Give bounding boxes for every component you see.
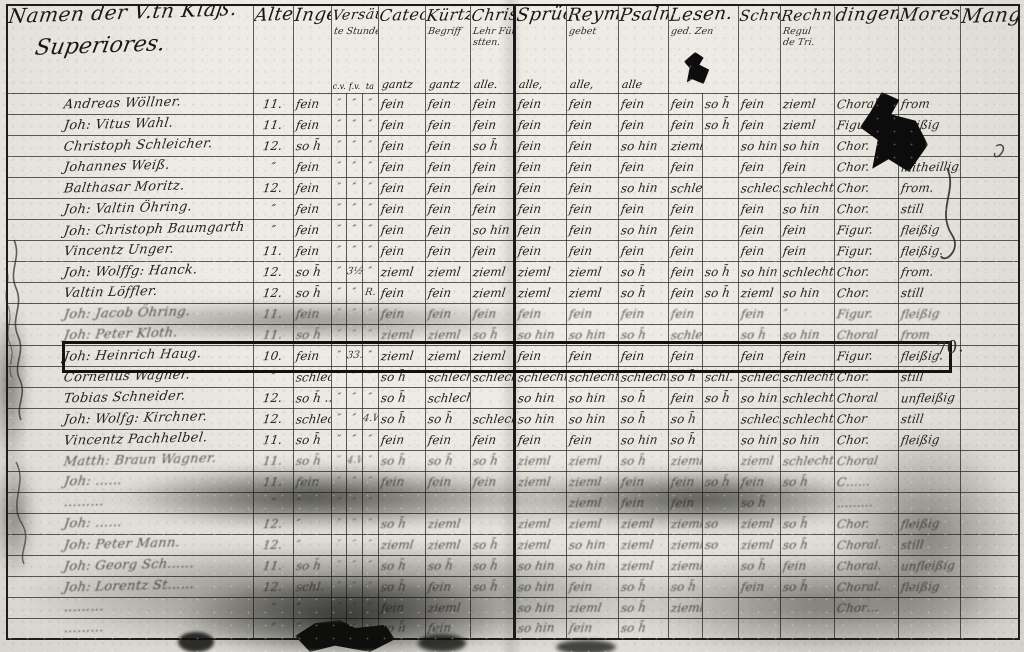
cell-rechn	[780, 618, 834, 639]
cell-mangel	[960, 555, 1019, 576]
cell-reym: so hin	[566, 324, 618, 345]
cell-psalm: zieml	[618, 513, 668, 534]
cell-kuertzer: fein	[425, 114, 470, 135]
cell-rechn: schlecht	[780, 366, 834, 387]
cell-v2: ″	[346, 387, 362, 408]
cell-spruech: fein	[514, 345, 566, 366]
cell-v2: ″	[346, 492, 362, 513]
cell-mangel	[960, 450, 1019, 471]
cell-rechn: ″	[780, 303, 834, 324]
cell-ingen: fein	[293, 471, 331, 492]
cell-mangel	[960, 345, 1019, 366]
cell-psalm: so hin	[618, 135, 668, 156]
cell-lesen-b	[702, 198, 738, 219]
cell-v2: ″	[346, 534, 362, 555]
cell-lesen-b	[702, 324, 738, 345]
cell-schreib: zieml	[738, 450, 780, 471]
cell-mangel	[960, 177, 1019, 198]
cell-schreib: fein	[738, 156, 780, 177]
cell-mores: from.	[898, 177, 960, 198]
cell-mangel	[960, 387, 1019, 408]
cell-kuertzer: fein	[425, 219, 470, 240]
cell-lesen-b: so h̄	[702, 387, 738, 408]
cell-psalm: zieml	[618, 534, 668, 555]
cell-mores: still	[898, 135, 960, 156]
cell-christl: zieml	[470, 345, 514, 366]
table-row: Joh: Heinrich Haug.10.fein″33.″ziemlziem…	[7, 345, 1019, 366]
cell-ingen: fein	[293, 219, 331, 240]
cell-name: Tobias Schneider.	[7, 387, 253, 408]
cell-schreib: fein	[738, 240, 780, 261]
cell-alter: ″	[253, 492, 293, 513]
cell-v1: ″	[331, 177, 346, 198]
cell-psalm: so hin	[618, 429, 668, 450]
cell-psalm: fein	[618, 240, 668, 261]
cell-reym: schlecht	[566, 366, 618, 387]
cell-spruech: fein	[514, 93, 566, 114]
cell-psalm: fein	[618, 303, 668, 324]
cell-singen: Figur.	[834, 114, 898, 135]
cell-v2: ″	[346, 177, 362, 198]
cell-lesen-a: fein	[668, 387, 702, 408]
cell-kuertzer: zieml	[425, 534, 470, 555]
cell-v1: ″	[331, 261, 346, 282]
cell-psalm: so hin	[618, 177, 668, 198]
cell-name: Joh: Georg Sch……	[7, 555, 253, 576]
col-header-christliche-lehre: Christl. Lehr Fün stten. alle.	[470, 5, 514, 93]
cell-schreib: zieml	[738, 282, 780, 303]
cell-kuertzer: fein	[425, 93, 470, 114]
cell-name: Joh: Heinrich Haug.	[7, 345, 253, 366]
cell-catech: fein	[378, 303, 425, 324]
cell-ingen: so h̄	[293, 282, 331, 303]
cell-ingen: ″	[293, 513, 331, 534]
cell-v2: ″	[346, 324, 362, 345]
cell-v1: ″	[331, 198, 346, 219]
cell-lesen-b	[702, 450, 738, 471]
cell-catech: so h̄	[378, 408, 425, 429]
cell-kuertzer: zieml	[425, 597, 470, 618]
cell-mores: still	[898, 282, 960, 303]
cell-singen: Figur.	[834, 345, 898, 366]
cell-spruech: fein	[514, 177, 566, 198]
cell-psalm: so h̄	[618, 576, 668, 597]
cell-mores: fleißig	[898, 114, 960, 135]
cell-catech: zieml	[378, 534, 425, 555]
col-header-sprueche: Sprüch alle,	[514, 5, 566, 93]
cell-catech: fein	[378, 177, 425, 198]
cell-schreib: so h̄	[738, 555, 780, 576]
cell-v1: ″	[331, 219, 346, 240]
cell-mores: fleißig	[898, 513, 960, 534]
cell-psalm: zieml	[618, 555, 668, 576]
cell-v3: ″	[362, 597, 378, 618]
table-row: Valtin Löffler.12.so h̄″″R.feinfeinzieml…	[7, 282, 1019, 303]
cell-rechn: so h̄	[780, 534, 834, 555]
cell-mores	[898, 471, 960, 492]
cell-lesen-a: fein	[668, 114, 702, 135]
cell-lesen-a: fein	[668, 345, 702, 366]
cell-v3: ″	[362, 324, 378, 345]
cell-singen: Chor.	[834, 282, 898, 303]
cell-schreib: fein	[738, 345, 780, 366]
cell-spruech: so hin	[514, 324, 566, 345]
cell-name: ………	[7, 618, 253, 639]
cell-v3: ″	[362, 387, 378, 408]
cell-lesen-a: so h̄	[668, 576, 702, 597]
cell-lesen-b	[702, 555, 738, 576]
cell-singen: Figur.	[834, 219, 898, 240]
cell-spruech: so hin	[514, 387, 566, 408]
cell-christl: fein	[470, 198, 514, 219]
cell-v2: ″	[346, 408, 362, 429]
cell-name: Joh: Vitus Wahl.	[7, 114, 253, 135]
cell-kuertzer: fein	[425, 240, 470, 261]
cell-lesen-a: zieml	[668, 597, 702, 618]
cell-name: Joh: Peter Mann.	[7, 534, 253, 555]
cell-catech: fein	[378, 135, 425, 156]
cell-mores: fleißig	[898, 576, 960, 597]
cell-rechn: schlecht	[780, 387, 834, 408]
cell-v2: ″	[346, 513, 362, 534]
cell-lesen-a: zieml	[668, 135, 702, 156]
cell-v2: ″	[346, 429, 362, 450]
cell-kuertzer: fein	[425, 198, 470, 219]
cell-alter: 12.	[253, 576, 293, 597]
cell-v3: ″	[362, 471, 378, 492]
cell-mangel	[960, 492, 1019, 513]
cell-schreib: so hin	[738, 429, 780, 450]
cell-ingen: ″	[293, 534, 331, 555]
cell-catech: fein	[378, 156, 425, 177]
cell-ingen: schlecht	[293, 408, 331, 429]
cell-v1: ″	[331, 576, 346, 597]
cell-name: Joh: ……	[7, 513, 253, 534]
cell-v2: ″	[346, 93, 362, 114]
cell-name: Matth: Braun Wagner.	[7, 450, 253, 471]
cell-lesen-a: so h̄	[668, 408, 702, 429]
cell-psalm: so h̄	[618, 618, 668, 639]
cell-name: ………	[7, 597, 253, 618]
cell-kuertzer: schlecht	[425, 387, 470, 408]
cell-v2: ″	[346, 555, 362, 576]
cell-lesen-b	[702, 303, 738, 324]
cell-lesen-a: fein	[668, 240, 702, 261]
cell-spruech: zieml	[514, 534, 566, 555]
cell-christl: fein	[470, 303, 514, 324]
table-row: Tobias Schneider.12.so h̄ …″″″so h̄schle…	[7, 387, 1019, 408]
cell-v1: ″	[331, 156, 346, 177]
cell-reym: fein	[566, 93, 618, 114]
table-row: ………″″″″″ziemlfeinfeinso h̄………	[7, 492, 1019, 513]
cell-lesen-b: so h̄	[702, 261, 738, 282]
cell-name: Andreas Wöllner.	[7, 93, 253, 114]
cell-rechn: fein	[780, 219, 834, 240]
cell-alter: 11.	[253, 429, 293, 450]
cell-alter: 11.	[253, 555, 293, 576]
cell-christl: zieml	[470, 261, 514, 282]
cell-kuertzer: so h̄	[425, 408, 470, 429]
col-header-versaeumte-stunden: Versäum te Stunde c.v. f.v. ta	[331, 5, 378, 93]
cell-mangel	[960, 303, 1019, 324]
cell-ingen: fein	[293, 177, 331, 198]
cell-lesen-b	[702, 219, 738, 240]
cell-lesen-a: fein	[668, 156, 702, 177]
cell-christl: fein	[470, 114, 514, 135]
cell-alter: 11.	[253, 240, 293, 261]
cell-mores: still	[898, 534, 960, 555]
cell-singen: Chor.	[834, 366, 898, 387]
cell-v3: R.	[362, 282, 378, 303]
cell-alter: 12.	[253, 261, 293, 282]
cell-alter: 12.	[253, 135, 293, 156]
cell-lesen-b	[702, 135, 738, 156]
table-row: Joh: Peter Kloth.11.so h̄″″″ziemlziemlso…	[7, 324, 1019, 345]
cell-v2: ″	[346, 366, 362, 387]
cell-mores: still	[898, 366, 960, 387]
cell-lesen-a: fein	[668, 303, 702, 324]
cell-mangel	[960, 135, 1019, 156]
cell-v3: ″	[362, 534, 378, 555]
cell-mores: from	[898, 93, 960, 114]
cell-reym: fein	[566, 429, 618, 450]
cell-v1: ″	[331, 513, 346, 534]
cell-christl: fein	[470, 240, 514, 261]
cell-reym: zieml	[566, 261, 618, 282]
cell-singen	[834, 618, 898, 639]
cell-christl: so h̄	[470, 324, 514, 345]
cell-mores: from	[898, 324, 960, 345]
table-row: Vincentz Unger.11.fein″″″feinfeinfeinfei…	[7, 240, 1019, 261]
cell-kuertzer: zieml	[425, 345, 470, 366]
cell-reym: fein	[566, 114, 618, 135]
cell-v1: ″	[331, 555, 346, 576]
cell-v2: ″	[346, 618, 362, 639]
cell-mangel	[960, 198, 1019, 219]
cell-alter: ″	[253, 618, 293, 639]
cell-reym: zieml	[566, 492, 618, 513]
cell-lesen-b	[702, 597, 738, 618]
cell-v3: ″	[362, 156, 378, 177]
cell-alter: ″	[253, 597, 293, 618]
cell-ingen: fein	[293, 345, 331, 366]
cell-alter: 11.	[253, 93, 293, 114]
cell-singen: Chor.	[834, 198, 898, 219]
col-header-schreiben: Schreib	[738, 5, 780, 93]
cell-catech: fein	[378, 429, 425, 450]
scanned-register-page: Namen der V.tn Klaß. Superiores. Alter I…	[0, 0, 1024, 652]
cell-christl: so h̄	[470, 135, 514, 156]
cell-catech: zieml	[378, 261, 425, 282]
cell-christl	[470, 513, 514, 534]
cell-ingen: fein	[293, 303, 331, 324]
cell-v1: ″	[331, 408, 346, 429]
cell-mangel	[960, 597, 1019, 618]
cell-lesen-a: fein	[668, 492, 702, 513]
cell-christl: schlecht	[470, 408, 514, 429]
cell-rechn	[780, 597, 834, 618]
cell-schreib: fein	[738, 219, 780, 240]
cell-reym: fein	[566, 240, 618, 261]
cell-v2: ″	[346, 240, 362, 261]
cell-schreib	[738, 597, 780, 618]
cell-ingen: so h̄	[293, 135, 331, 156]
cell-spruech: fein	[514, 114, 566, 135]
cell-kuertzer: fein	[425, 282, 470, 303]
cell-name: Joh: Wolffg: Hanck.	[7, 261, 253, 282]
cell-christl: so h̄	[470, 576, 514, 597]
cell-rechn: so hin	[780, 198, 834, 219]
cell-lesen-b	[702, 240, 738, 261]
cell-name: Valtin Löffler.	[7, 282, 253, 303]
cell-schreib: so h̄	[738, 492, 780, 513]
table-row: Joh: Christoph Baumgarth″fein″″″feinfein…	[7, 219, 1019, 240]
cell-v2: ″	[346, 114, 362, 135]
cell-christl: fein	[470, 177, 514, 198]
cell-catech: fein	[378, 240, 425, 261]
cell-alter: ″	[253, 198, 293, 219]
cell-schreib: so hin	[738, 387, 780, 408]
cell-mores: still	[898, 408, 960, 429]
cell-christl	[470, 387, 514, 408]
cell-v1: ″	[331, 324, 346, 345]
cell-rechn: fein	[780, 240, 834, 261]
cell-schreib: fein	[738, 471, 780, 492]
cell-mangel	[960, 282, 1019, 303]
cell-catech: so h̄	[378, 555, 425, 576]
cell-rechn: so hin	[780, 429, 834, 450]
table-row: Joh: Wolfg: Kirchner.12.schlecht″″4.W.so…	[7, 408, 1019, 429]
cell-v3: ″	[362, 114, 378, 135]
cell-reym: zieml	[566, 471, 618, 492]
cell-ingen: so h̄	[293, 555, 331, 576]
table-row: Joh: Lorentz St……12.schl.″″″so h̄feinso …	[7, 576, 1019, 597]
cell-christl: fein	[470, 93, 514, 114]
cell-alter: ″	[253, 156, 293, 177]
cell-alter: 11.	[253, 303, 293, 324]
cell-rechn: schlecht	[780, 408, 834, 429]
cell-catech: fein	[378, 471, 425, 492]
cell-reym: zieml	[566, 513, 618, 534]
cell-spruech: zieml	[514, 282, 566, 303]
cell-ingen: fein	[293, 93, 331, 114]
cell-v2: ″	[346, 471, 362, 492]
cell-kuertzer: zieml	[425, 261, 470, 282]
cell-v3: ″	[362, 576, 378, 597]
cell-v2: 4.W.	[346, 450, 362, 471]
cell-mangel	[960, 513, 1019, 534]
cell-schreib: zieml	[738, 534, 780, 555]
cell-lesen-a: fein	[668, 471, 702, 492]
cell-rechn	[780, 492, 834, 513]
cell-v1: ″	[331, 240, 346, 261]
cell-alter: 12.	[253, 534, 293, 555]
col-header-mangel: Mangel.	[960, 5, 1019, 93]
cell-alter: 12.	[253, 282, 293, 303]
cell-schreib: so hin	[738, 261, 780, 282]
cell-schreib: fein	[738, 576, 780, 597]
cell-psalm: fein	[618, 93, 668, 114]
cell-catech: fein	[378, 93, 425, 114]
cell-mangel	[960, 534, 1019, 555]
cell-kuertzer: zieml	[425, 513, 470, 534]
cell-spruech: so hin	[514, 597, 566, 618]
cell-v1: ″	[331, 618, 346, 639]
cell-psalm: fein	[618, 345, 668, 366]
cell-catech: fein	[378, 282, 425, 303]
cell-rechn: schlecht	[780, 450, 834, 471]
cell-spruech: zieml	[514, 261, 566, 282]
table-row: Joh: Jacob Öhring.11.fein″″″feinfeinfein…	[7, 303, 1019, 324]
cell-alter: 11.	[253, 324, 293, 345]
cell-spruech: zieml	[514, 450, 566, 471]
cell-psalm: so h̄	[618, 282, 668, 303]
cell-schreib: schlecht	[738, 408, 780, 429]
cell-christl: fein	[470, 156, 514, 177]
cell-lesen-a: fein	[668, 261, 702, 282]
cell-schreib: fein	[738, 93, 780, 114]
cell-lesen-b: so h̄	[702, 114, 738, 135]
cell-lesen-b	[702, 618, 738, 639]
ink-blob-bottom-edge-4	[556, 640, 616, 652]
col-header-ingen: Ingen	[293, 5, 331, 93]
cell-alter: ″	[253, 366, 293, 387]
cell-catech: so h̄	[378, 366, 425, 387]
cell-v2: 3½.	[346, 261, 362, 282]
cell-name: Joh: Christoph Baumgarth	[7, 219, 253, 240]
cell-v1: ″	[331, 471, 346, 492]
cell-mores: fleißig	[898, 303, 960, 324]
cell-v1: ″	[331, 345, 346, 366]
cell-rechn: zieml	[780, 114, 834, 135]
cell-v3: ″	[362, 513, 378, 534]
cell-schreib: so h̄	[738, 324, 780, 345]
cell-reym: so hin	[566, 534, 618, 555]
cell-v1: ″	[331, 114, 346, 135]
cell-lesen-b	[702, 345, 738, 366]
names-header-label: Namen der V.tn Klaß.	[7, 5, 252, 26]
cell-name: Joh: Peter Kloth.	[7, 324, 253, 345]
cell-ingen: fein	[293, 156, 331, 177]
cell-v1: ″	[331, 597, 346, 618]
table-row: Joh: Vitus Wahl.11.fein″″″feinfeinfeinfe…	[7, 114, 1019, 135]
cell-ingen: so h̄	[293, 450, 331, 471]
cell-catech: zieml	[378, 345, 425, 366]
cell-catech: so h̄	[378, 450, 425, 471]
cell-rechn: fein	[780, 345, 834, 366]
cell-spruech: zieml	[514, 513, 566, 534]
cell-catech: zieml	[378, 324, 425, 345]
cell-lesen-a: zieml	[668, 534, 702, 555]
cell-rechn: schlecht	[780, 177, 834, 198]
cell-christl	[470, 597, 514, 618]
cell-reym: fein	[566, 576, 618, 597]
cell-mores: fleißig	[898, 219, 960, 240]
col-header-mores: Mores	[898, 5, 960, 93]
cell-mores	[898, 450, 960, 471]
cell-mores: from.	[898, 261, 960, 282]
cell-v1: ″	[331, 492, 346, 513]
cell-reym: fein	[566, 618, 618, 639]
cell-mores: mitheillig.	[898, 156, 960, 177]
cell-ingen: ″	[293, 492, 331, 513]
cell-lesen-a: zieml	[668, 513, 702, 534]
table-row: Joh: ……12.″″″″so h̄ziemlziemlziemlziemlz…	[7, 513, 1019, 534]
cell-v3: ″	[362, 618, 378, 639]
cell-v2: ″	[346, 282, 362, 303]
header-row: Namen der V.tn Klaß. Superiores. Alter I…	[7, 5, 1019, 93]
cell-reym: so hin	[566, 408, 618, 429]
